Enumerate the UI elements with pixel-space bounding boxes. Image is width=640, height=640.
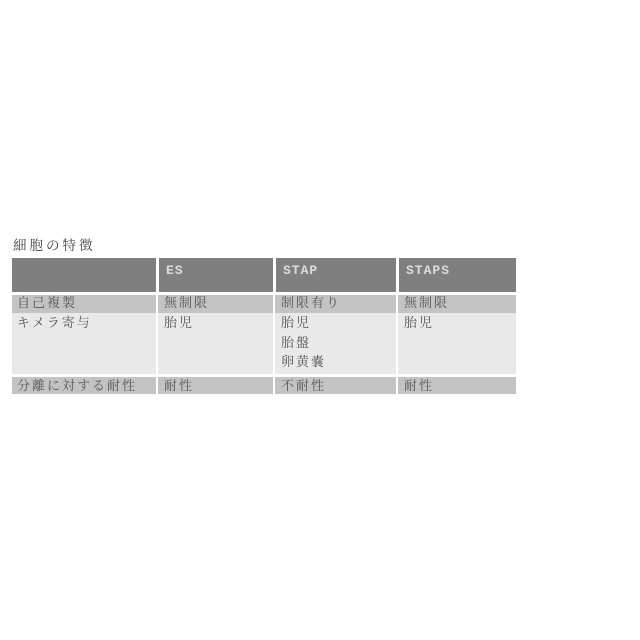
row-label: キメラ寄与 <box>12 313 156 374</box>
cell-value: 胎児 <box>396 313 516 374</box>
cell-value: 胎児 胎盤 卵黄嚢 <box>273 313 396 374</box>
header-cell-es: ES <box>156 258 273 292</box>
cell-value: 耐性 <box>156 377 273 394</box>
table-header-row: ES STAP STAPS <box>12 258 516 295</box>
cell-value: 不耐性 <box>273 377 396 394</box>
row-label: 分離に対する耐性 <box>12 377 156 394</box>
table-row-self-replication: 自己複製 無制限 制限有り 無制限 <box>12 295 516 313</box>
cell-value: 無制限 <box>396 295 516 313</box>
header-cell-stap: STAP <box>273 258 396 292</box>
table-row-chimera-contribution: キメラ寄与 胎児 胎児 胎盤 卵黄嚢 胎児 <box>12 313 516 374</box>
cell-value: 制限有り <box>273 295 396 313</box>
cell-value: 胎児 <box>156 313 273 374</box>
page: 細胞の特徴 ES STAP STAPS 自己複製 無制限 制限有り 無制限 キメ… <box>0 0 640 640</box>
table-row-separation-tolerance: 分離に対する耐性 耐性 不耐性 耐性 <box>12 374 516 394</box>
header-cell-blank <box>12 258 156 292</box>
row-label: 自己複製 <box>12 295 156 313</box>
cell-value: 耐性 <box>396 377 516 394</box>
table-title: 細胞の特徴 <box>13 238 96 255</box>
header-cell-staps: STAPS <box>396 258 516 292</box>
cell-characteristics-table: ES STAP STAPS 自己複製 無制限 制限有り 無制限 キメラ寄与 胎児… <box>12 258 516 394</box>
cell-value: 無制限 <box>156 295 273 313</box>
